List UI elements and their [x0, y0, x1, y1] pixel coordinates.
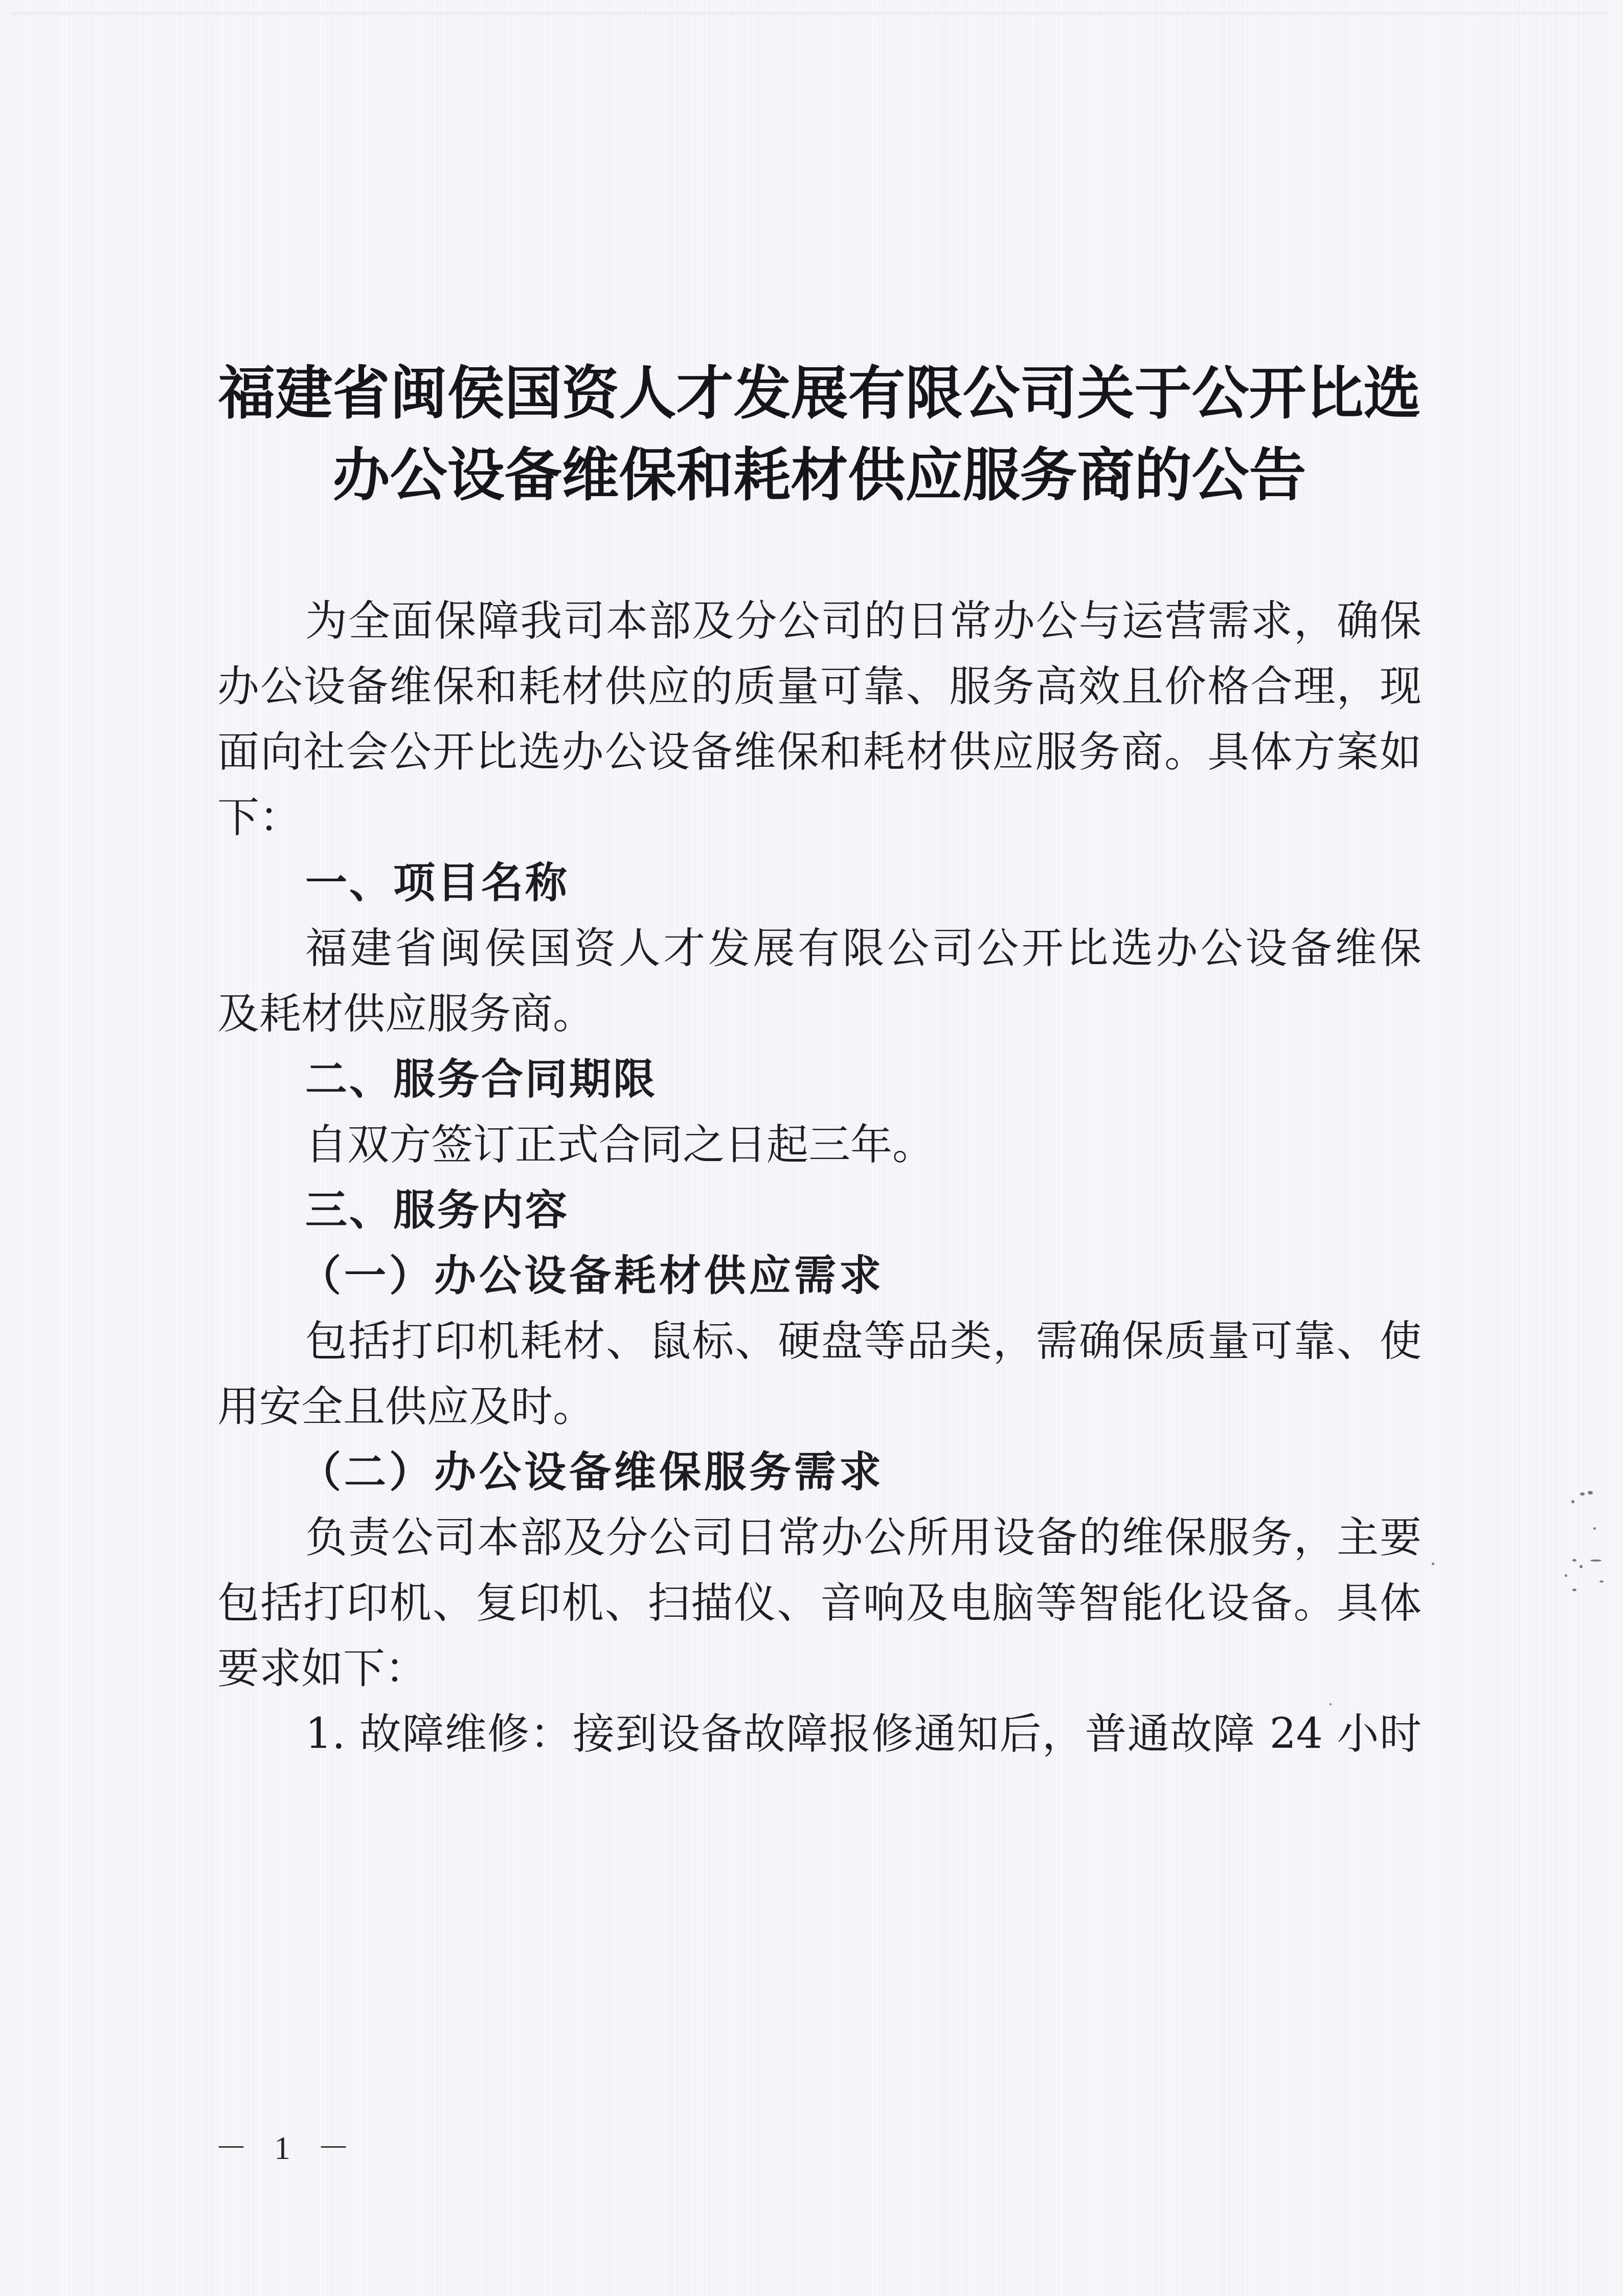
- body-line: 包括打印机耗材、鼠标、硬盘等品类，需确保质量可靠、使: [217, 1309, 1422, 1374]
- scan-speck: [1329, 1703, 1332, 1705]
- scan-top-edge: [10, 12, 1608, 15]
- body-line: 负责公司本部及分公司日常办公所用设备的维保服务，主要: [217, 1505, 1422, 1571]
- title-line-1: 福建省闽侯国资人才发展有限公司关于公开比选: [217, 353, 1422, 435]
- scan-speck: [1572, 1559, 1576, 1562]
- body-line: 为全面保障我司本部及分公司的日常办公与运营需求，确保: [217, 589, 1422, 654]
- section-heading-contract-term: 二、服务合同期限: [217, 1047, 1422, 1112]
- subsection-heading-consumables: （一）办公设备耗材供应需求: [217, 1243, 1422, 1309]
- scan-speck: [1432, 1563, 1434, 1565]
- scan-speck: [1572, 1589, 1576, 1591]
- body-line: 及耗材供应服务商。: [217, 982, 1422, 1047]
- scan-speck: [1599, 1580, 1604, 1582]
- document-title: 福建省闽侯国资人才发展有限公司关于公开比选 办公设备维保和耗材供应服务商的公告: [217, 353, 1422, 517]
- page-number: － 1 －: [215, 2128, 359, 2169]
- body-line: 用安全且供应及时。: [217, 1374, 1422, 1440]
- list-item-fault-repair: 1. 故障维修：接到设备故障报修通知后，普通故障 24 小时: [217, 1702, 1422, 1767]
- body-line: 自双方签订正式合同之日起三年。: [217, 1112, 1422, 1178]
- scan-speck: [1593, 1527, 1596, 1530]
- section-heading-project-name: 一、项目名称: [217, 851, 1422, 916]
- subsection-heading-maintenance: （二）办公设备维保服务需求: [217, 1440, 1422, 1505]
- title-line-2: 办公设备维保和耗材供应服务商的公告: [217, 435, 1422, 517]
- body-line: 包括打印机、复印机、扫描仪、音响及电脑等智能化设备。具体: [217, 1571, 1422, 1636]
- scan-speck: [1588, 1491, 1593, 1495]
- scan-speck: [1580, 1565, 1583, 1568]
- section-heading-service-content: 三、服务内容: [217, 1178, 1422, 1243]
- body-line: 面向社会公开比选办公设备维保和耗材供应服务商。具体方案如: [217, 720, 1422, 785]
- scan-speck: [1590, 1559, 1602, 1562]
- document-body: 为全面保障我司本部及分公司的日常办公与运营需求，确保 办公设备维保和耗材供应的质…: [217, 589, 1422, 1767]
- body-line: 下：: [217, 785, 1422, 851]
- body-line: 办公设备维保和耗材供应的质量可靠、服务高效且价格合理，现: [217, 654, 1422, 720]
- body-line: 福建省闽侯国资人才发展有限公司公开比选办公设备维保: [217, 916, 1422, 982]
- body-line: 要求如下：: [217, 1636, 1422, 1702]
- scan-speck: [1580, 1492, 1585, 1496]
- scan-speck: [1571, 1500, 1574, 1503]
- scan-speck: [1565, 1574, 1567, 1577]
